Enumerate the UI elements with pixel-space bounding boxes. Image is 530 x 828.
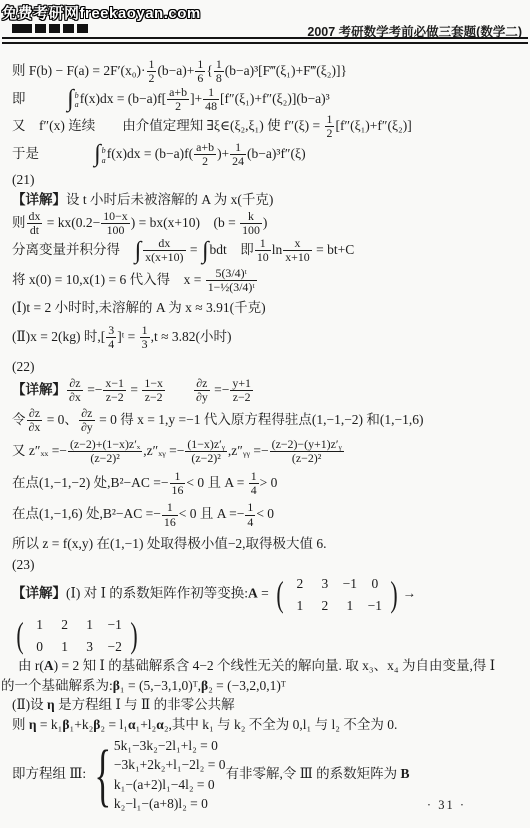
- system-equation: k₁−(a+2)l₁−4l₂ = 0: [114, 776, 226, 794]
- eq-ode: 则dxdt = kx(0.2−10−x100) = bx(x+10) (b = …: [12, 210, 520, 238]
- integral-limits: ba: [75, 91, 79, 110]
- fraction-denominator: 2: [325, 127, 335, 140]
- matrix-cell: 2: [287, 574, 312, 594]
- eq-test-point-1: 在点(1,−1,−2) 处,B²−AC =−116< 0 且 A = 14> 0: [12, 470, 520, 498]
- matrix-cell: 0: [27, 637, 52, 657]
- fraction: a+b2: [194, 141, 216, 169]
- system-equation: k₂−l₁−(a+8)l₂ = 0: [114, 795, 226, 813]
- fraction-numerator: y+1: [230, 377, 253, 391]
- fraction-denominator: 24: [230, 155, 246, 168]
- lower-limit: a: [75, 100, 79, 109]
- fraction-numerator: ∂z: [194, 377, 210, 391]
- solution-23-part2-setup: (Ⅱ)设 η 是方程组 Ⅰ 与 Ⅱ 的非零公共解: [12, 695, 520, 715]
- matrix-cell: −1: [362, 596, 387, 616]
- fraction-numerator: x−1: [103, 377, 126, 391]
- fraction-denominator: 2: [167, 100, 189, 113]
- fraction-denominator: 48: [203, 100, 219, 113]
- fraction-numerator: 1: [162, 501, 178, 515]
- lower-limit: a: [102, 156, 106, 165]
- matrix-row: 013−2: [27, 637, 127, 657]
- fraction-denominator: (z−2)²: [185, 452, 227, 465]
- fraction-numerator: (1−x)z′ᵧ: [185, 438, 227, 452]
- matrix-cell: 1: [77, 615, 102, 635]
- problem-22-label: (22): [12, 357, 520, 377]
- integral-glyph: ∫: [135, 239, 142, 263]
- solution-23-basis-vectors: 的一个基础解系为:β₁ = (5,−3,1,0)ᵀ,β₂ = (−3,2,0,1…: [1, 676, 520, 696]
- fraction-numerator: 1: [255, 237, 271, 251]
- eq-test-point-2: 在点(1,−1,6) 处,B²−AC =−116< 0 且 A =−14< 0: [12, 501, 520, 529]
- matrix: (23−10121−1): [274, 574, 400, 615]
- fraction-denominator: z−2: [142, 391, 165, 404]
- matrix-right-paren: ): [131, 620, 138, 651]
- page-number: · 31 ·: [427, 798, 466, 813]
- fraction-denominator: 16: [170, 484, 186, 497]
- fraction: ∂z∂x: [27, 407, 43, 435]
- fraction-numerator: dx: [27, 210, 43, 224]
- matrix-cell: 2: [312, 596, 337, 616]
- fraction-numerator: 1: [140, 324, 150, 338]
- fraction-numerator: k: [240, 210, 262, 224]
- fraction-denominator: z−2: [103, 391, 126, 404]
- fraction-numerator: 10−x: [101, 210, 130, 224]
- fraction: a+b2: [167, 86, 189, 114]
- matrix-row: 121−1: [287, 596, 387, 616]
- eq-common-solution: 则 η = k₁β₁+k₂β₂ = l₁α₁+l₂α₂,其中 k₁ 与 k₂ 不…: [12, 715, 520, 735]
- fraction: y+1z−2: [230, 377, 253, 405]
- fraction: 1−xz−2: [142, 377, 165, 405]
- fraction-numerator: 1: [230, 141, 246, 155]
- fraction: 16: [195, 58, 205, 86]
- problem-21-label: (21): [12, 170, 520, 190]
- fraction: 14: [245, 501, 255, 529]
- matrix-cell: 1: [52, 637, 77, 657]
- fraction-denominator: 100: [101, 224, 130, 237]
- fraction: ∂z∂y: [194, 377, 210, 405]
- eq-particular-solution: 将 x(0) = 10,x(1) = 6 代入得 x = 5(3/4)ᵗ1−½(…: [12, 267, 520, 295]
- integral-glyph: ∫: [94, 142, 101, 166]
- fraction: 116: [170, 470, 186, 498]
- matrix-cell: 0: [362, 574, 387, 594]
- fraction-numerator: ∂z: [67, 377, 83, 391]
- fraction-numerator: 1: [245, 501, 255, 515]
- system-equation: 5k₁−3k₂−2l₁+l₂ = 0: [114, 737, 226, 755]
- fraction: dxdt: [27, 210, 43, 238]
- fraction-denominator: (z−2)²: [270, 452, 344, 465]
- system-equation: −3k₁+2k₂+l₁−2l₂ = 0: [114, 756, 226, 774]
- solution-23-matrix-reduction: 【详解】(Ⅰ) 对 Ⅰ 的系数矩阵作初等变换:A = (23−10121−1)→…: [12, 574, 520, 656]
- matrix-left-paren: (: [16, 620, 23, 651]
- matrix-cell: 1: [27, 615, 52, 635]
- fraction-denominator: z−2: [230, 391, 253, 404]
- eq-intermediate-value: 又 f″(x) 连续 由介值定理知 ∃ξ∈(ξ₂,ξ₁) 使 f″(ξ) = 1…: [12, 113, 520, 141]
- eq-stationary-points: 令∂z∂x = 0、∂z∂y = 0 得 x = 1,y =−1 代入原方程得驻…: [12, 407, 520, 435]
- answer-21-part2: (Ⅱ)x = 2(kg) 时,[34]ᵗ = 13,t ≈ 3.82(小时): [12, 324, 520, 352]
- fraction-denominator: 2: [147, 72, 157, 85]
- fraction: ∂z∂x: [67, 377, 83, 405]
- integral-glyph: ∫: [202, 239, 209, 263]
- logo-fragment: [12, 24, 32, 33]
- matrix-left-paren: (: [277, 579, 284, 610]
- fraction: 14: [249, 470, 259, 498]
- fraction-denominator: 2: [194, 155, 216, 168]
- eq-integral-midpoint: 即 ∫baf(x)dx = (b−a)f[a+b2]+148[f″(ξ₁)+f″…: [12, 86, 520, 114]
- fraction: 10−x100: [101, 210, 130, 238]
- bold-text: β: [93, 717, 100, 732]
- fraction-numerator: ∂z: [27, 407, 43, 421]
- matrix-grid: 23−10121−1: [287, 574, 387, 615]
- fraction-denominator: 4: [106, 338, 116, 351]
- fraction-denominator: (z−2)²: [68, 452, 142, 465]
- fraction: 12: [147, 58, 157, 86]
- bold-text: η: [47, 697, 55, 712]
- fraction: 5(3/4)ᵗ1−½(3/4)ᵗ: [206, 267, 257, 295]
- system-brace: {: [95, 747, 112, 803]
- matrix-grid: 121−1013−2: [27, 615, 127, 656]
- fraction-denominator: 1−½(3/4)ᵗ: [206, 281, 257, 294]
- upper-limit: b: [102, 146, 106, 155]
- fraction-denominator: 8: [214, 72, 224, 85]
- fraction: 13: [140, 324, 150, 352]
- matrix-cell: −1: [337, 574, 362, 594]
- document-body: 则 F(b) − F(a) = 2F′(x₀)·12(b−a)+16{18(b−…: [12, 43, 520, 813]
- fraction-numerator: 1: [203, 86, 219, 100]
- fraction-denominator: x(x+10): [143, 251, 185, 264]
- matrix-cell: −1: [102, 615, 127, 635]
- fraction: 124: [230, 141, 246, 169]
- problem-23-label: (23): [12, 555, 520, 575]
- logo-fragment: [35, 24, 46, 33]
- fraction-numerator: ∂z: [79, 407, 95, 421]
- matrix-right-paren: ): [391, 579, 398, 610]
- solution-21-setup: 【详解】设 t 小时后未被溶解的 A 为 x(千克): [12, 190, 520, 210]
- fraction-numerator: 1−x: [142, 377, 165, 391]
- fraction-numerator: a+b: [167, 86, 189, 100]
- bold-text: η: [29, 717, 37, 732]
- fraction-denominator: 16: [162, 516, 178, 529]
- fraction-denominator: ∂y: [194, 391, 210, 404]
- bold-text: 【详解】: [12, 382, 66, 397]
- eq-separate-variables: 分离变量并积分得 ∫dxx(x+10) = ∫bdt 即110lnxx+10 =…: [12, 237, 520, 265]
- bold-text: B: [401, 766, 410, 781]
- scanned-document-page: 免费考研网freekaoyan.com 2007 考研数学考前必做三套题(数学二…: [0, 0, 530, 828]
- matrix: (121−1013−2): [14, 615, 140, 656]
- fraction-denominator: 3: [140, 338, 150, 351]
- watermark-text: 免费考研网freekaoyan.com: [2, 2, 201, 23]
- bold-text: α: [156, 717, 164, 732]
- fraction-denominator: x+10: [283, 251, 312, 264]
- integral-limits: ba: [102, 146, 106, 165]
- eq-final-result: 于是 ∫baf(x)dx = (b−a)f(a+b2)+124(b−a)³f″(…: [12, 141, 520, 169]
- answer-22-conclusion: 所以 z = f(x,y) 在(1,−1) 处取得极小值−2,取得极大值 6.: [12, 534, 520, 554]
- fraction: (z−2)+(1−x)z′ₓ(z−2)²: [68, 438, 142, 466]
- matrix-cell: 3: [312, 574, 337, 594]
- fraction: 18: [214, 58, 224, 86]
- logo-fragment: [49, 24, 60, 33]
- fraction: x−1z−2: [103, 377, 126, 405]
- fraction-denominator: ∂x: [67, 391, 83, 404]
- fraction-numerator: dx: [143, 237, 185, 251]
- fraction: ∂z∂y: [79, 407, 95, 435]
- fraction-denominator: 4: [245, 516, 255, 529]
- fraction-numerator: 1: [214, 58, 224, 72]
- equation-system: {5k₁−3k₂−2l₁+l₂ = 0−3k₁+2k₂+l₁−2l₂ = 0k₁…: [86, 737, 225, 813]
- fraction: (1−x)z′ᵧ(z−2)²: [185, 438, 227, 466]
- fraction-denominator: dt: [27, 224, 43, 237]
- bold-text: β: [201, 678, 208, 693]
- bold-text: β: [62, 717, 69, 732]
- fraction-denominator: 6: [195, 72, 205, 85]
- matrix-cell: 3: [77, 637, 102, 657]
- bold-text: 【详解】: [12, 192, 66, 207]
- bold-text: β: [113, 678, 120, 693]
- matrix-cell: 1: [287, 596, 312, 616]
- fraction-denominator: 4: [249, 484, 259, 497]
- matrix-cell: 2: [52, 615, 77, 635]
- fraction-numerator: 1: [249, 470, 259, 484]
- bold-text: A: [248, 586, 258, 601]
- fraction: 148: [203, 86, 219, 114]
- fraction-numerator: 1: [147, 58, 157, 72]
- eq-taylor-expansion: 则 F(b) − F(a) = 2F′(x₀)·12(b−a)+16{18(b−…: [12, 58, 520, 86]
- fraction: 116: [162, 501, 178, 529]
- integral-sign: ∫ba: [94, 142, 106, 166]
- bold-text: α: [128, 717, 136, 732]
- fraction-numerator: 1: [195, 58, 205, 72]
- fraction-denominator: 10: [255, 251, 271, 264]
- integral-sign: ∫: [202, 239, 209, 263]
- fraction: 34: [106, 324, 116, 352]
- logo-fragment: [63, 24, 74, 33]
- logo-fragment: [77, 24, 88, 33]
- matrix-row: 121−1: [27, 615, 127, 635]
- fraction-numerator: (z−2)+(1−x)z′ₓ: [68, 438, 142, 452]
- matrix-cell: −2: [102, 637, 127, 657]
- fraction: 110: [255, 237, 271, 265]
- fraction-numerator: 5(3/4)ᵗ: [206, 267, 257, 281]
- bold-text: A: [44, 658, 54, 673]
- fraction-numerator: 1: [170, 470, 186, 484]
- fraction: xx+10: [283, 237, 312, 265]
- solution-22-partials: 【详解】∂z∂x =−x−1z−2 = 1−xz−2 ∂z∂y =−y+1z−2: [12, 377, 520, 405]
- fraction-numerator: (z−2)−(y+1)z′ᵧ: [270, 438, 344, 452]
- fraction-numerator: 3: [106, 324, 116, 338]
- fraction: dxx(x+10): [143, 237, 185, 265]
- matrix-cell: 1: [337, 596, 362, 616]
- answer-21-part1: (Ⅰ)t = 2 小时时,未溶解的 A 为 x ≈ 3.91(千克): [12, 298, 520, 318]
- integral-sign: ∫: [135, 239, 142, 263]
- fraction-denominator: ∂y: [79, 421, 95, 434]
- fraction-numerator: x: [283, 237, 312, 251]
- fraction-numerator: a+b: [194, 141, 216, 155]
- integral-glyph: ∫: [67, 87, 74, 111]
- system-equations: 5k₁−3k₂−2l₁+l₂ = 0−3k₁+2k₂+l₁−2l₂ = 0k₁−…: [114, 737, 226, 813]
- clipped-logo-marks: [12, 24, 132, 34]
- fraction: 12: [325, 113, 335, 141]
- fraction-denominator: ∂x: [27, 421, 43, 434]
- fraction: k100: [240, 210, 262, 238]
- fraction-numerator: 1: [325, 113, 335, 127]
- integral-sign: ∫ba: [67, 87, 79, 111]
- bold-text: 【详解】: [12, 586, 66, 601]
- fraction: (z−2)−(y+1)z′ᵧ(z−2)²: [270, 438, 344, 466]
- fraction-denominator: 100: [240, 224, 262, 237]
- eq-second-partials: 又 z″ₓₓ =−(z−2)+(1−x)z′ₓ(z−2)²,z″ₓᵧ =−(1−…: [12, 438, 520, 466]
- upper-limit: b: [75, 91, 79, 100]
- matrix-row: 23−10: [287, 574, 387, 594]
- solution-23-rank-text: 由 r(A) = 2 知 Ⅰ 的基础解系含 4−2 个线性无关的解向量. 取 x…: [18, 656, 520, 676]
